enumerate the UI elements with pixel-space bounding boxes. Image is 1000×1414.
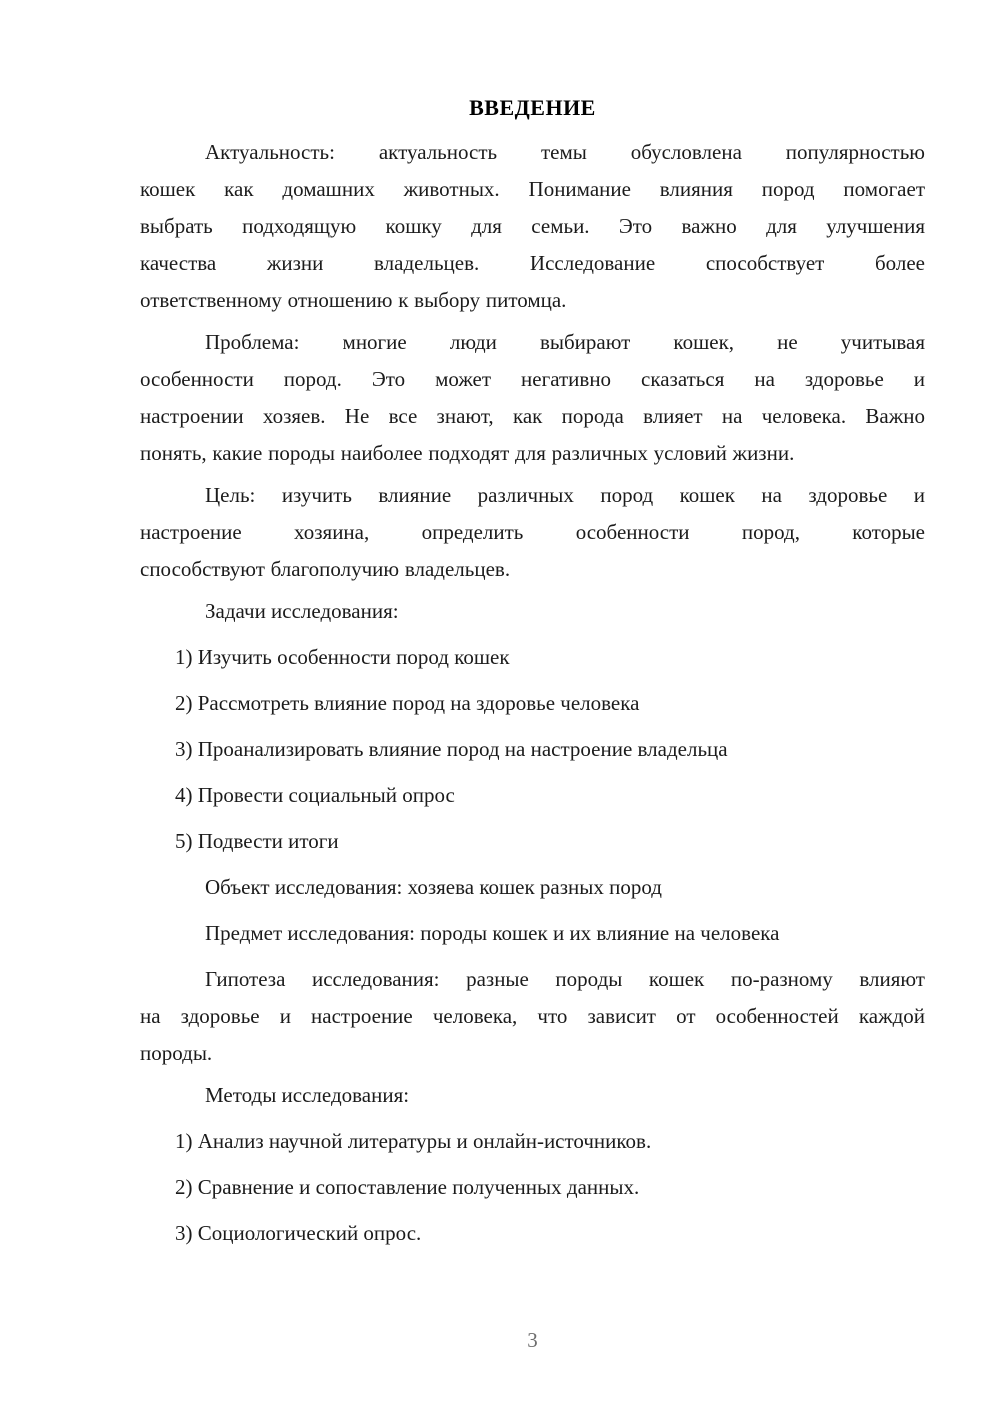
- page-number: 3: [140, 1322, 925, 1359]
- paragraph: Актуальность: актуальность темы обусловл…: [140, 134, 925, 319]
- section-lead-line: Задачи исследования:: [140, 593, 925, 630]
- document-page: ВВЕДЕНИЕ Актуальность: актуальность темы…: [0, 0, 1000, 1414]
- list-item: 1) Изучить особенности пород кошек: [140, 639, 925, 676]
- paragraph: Цель: изучить влияние различных пород ко…: [140, 477, 925, 588]
- paragraph-line: Гипотеза исследования: разные породы кош…: [140, 961, 925, 998]
- list-item: 3) Проанализировать влияние пород на нас…: [140, 731, 925, 768]
- document-body: ВВЕДЕНИЕ Актуальность: актуальность темы…: [140, 94, 925, 1261]
- paragraph-line: качества жизни владельцев. Исследование …: [140, 245, 925, 282]
- page-title: ВВЕДЕНИЕ: [140, 94, 925, 122]
- paragraph-line: породы.: [140, 1035, 925, 1072]
- list-item: 2) Сравнение и сопоставление полученных …: [140, 1169, 925, 1206]
- paragraph-line: кошек как домашних животных. Понимание в…: [140, 171, 925, 208]
- section-lead-line: Объект исследования: хозяева кошек разны…: [140, 869, 925, 906]
- list-item: 2) Рассмотреть влияние пород на здоровье…: [140, 685, 925, 722]
- list-item: 3) Социологический опрос.: [140, 1215, 925, 1252]
- paragraph-line: настроении хозяев. Не все знают, как пор…: [140, 398, 925, 435]
- paragraph-line: настроение хозяина, определить особеннос…: [140, 514, 925, 551]
- paragraph: Проблема: многие люди выбирают кошек, не…: [140, 324, 925, 472]
- paragraph-line: выбрать подходящую кошку для семьи. Это …: [140, 208, 925, 245]
- list-item: 1) Анализ научной литературы и онлайн-ис…: [140, 1123, 925, 1160]
- list-item: 4) Провести социальный опрос: [140, 777, 925, 814]
- paragraph-line: Проблема: многие люди выбирают кошек, не…: [140, 324, 925, 361]
- paragraph-line: Актуальность: актуальность темы обусловл…: [140, 134, 925, 171]
- section-lead-line: Предмет исследования: породы кошек и их …: [140, 915, 925, 952]
- paragraph-line: ответственному отношению к выбору питомц…: [140, 282, 925, 319]
- paragraph-line: способствуют благополучию владельцев.: [140, 551, 925, 588]
- paragraph-line: понять, какие породы наиболее подходят д…: [140, 435, 925, 472]
- section-lead-line: Методы исследования:: [140, 1077, 925, 1114]
- paragraph: Гипотеза исследования: разные породы кош…: [140, 961, 925, 1072]
- paragraph-line: Цель: изучить влияние различных пород ко…: [140, 477, 925, 514]
- list-item: 5) Подвести итоги: [140, 823, 925, 860]
- paragraph-line: особенности пород. Это может негативно с…: [140, 361, 925, 398]
- paragraph-line: на здоровье и настроение человека, что з…: [140, 998, 925, 1035]
